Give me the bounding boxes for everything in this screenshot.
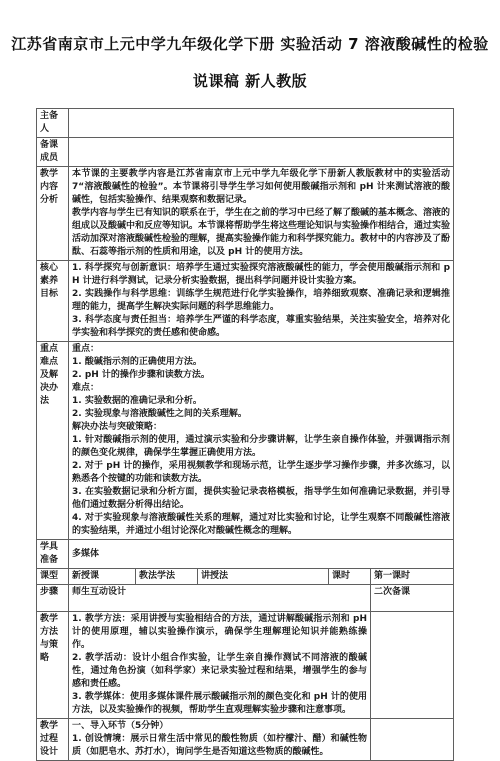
process-line: 1. 创设情境：展示日常生活中常见的酸性物质（如柠檬汁、醋）和碱性物质（如肥皂水…	[72, 733, 367, 759]
core-literacy-label: 核心素养目标	[37, 261, 69, 342]
steps-value: 师生互动设计	[69, 585, 371, 612]
preparation-label: 学具准备	[37, 540, 69, 569]
key-points-line: 3. 在实验数据记录和分析方面，提供实验记录表格模板，指导学生如何准确记录数据，…	[72, 486, 450, 512]
row-core-literacy: 核心素养目标 1. 科学探究与创新意识：培养学生通过实验探究溶液酸碱性的能力，学…	[37, 261, 454, 342]
row-strategy: 教学方法与策略 1. 教学方法：采用讲授与实验相结合的方法，通过讲解酸碱指示剂和…	[37, 612, 454, 719]
key-points-line: 解决办法与突破策略：	[72, 421, 450, 434]
core-literacy-item: 1. 科学探究与创新意识：培养学生通过实验探究溶液酸碱性的能力，学会使用酸碱指示…	[72, 262, 450, 288]
row-master: 主备人	[37, 109, 454, 138]
strategy-value: 1. 教学方法：采用讲授与实验相结合的方法，通过讲解酸碱指示剂和 pH 计的使用…	[69, 612, 371, 719]
key-points-value: 重点： 1. 酸碱指示剂的正确使用方法。 2. pH 计的操作步骤和读数方法。 …	[69, 342, 454, 540]
key-points-line: 2. 对于 pH 计的操作，采用视频教学和现场示范，让学生逐步学习操作步骤，并多…	[72, 460, 450, 486]
second-prep-note: 二次备课	[371, 585, 454, 612]
content-analysis-paragraph: 教学内容与学生已有知识的联系在于，学生在之前的学习中已经了解了酸碱的基本概念、溶…	[72, 207, 450, 259]
strategy-second-prep-cell	[371, 612, 454, 719]
content-analysis-value: 本节课的主要教学内容是江苏省南京市上元中学九年级化学下册新人教版教材中的实验活动…	[69, 167, 454, 261]
key-points-line: 1. 针对酸碱指示剂的使用，通过演示实验和分步骤讲解，让学生亲自操作体验，并强调…	[72, 434, 450, 460]
key-points-line: 难点：	[72, 382, 450, 395]
content-analysis-label: 教学内容分析	[37, 167, 69, 261]
master-label: 主备人	[37, 109, 69, 138]
course-type-label: 课型	[37, 569, 69, 585]
document-title: 江苏省南京市上元中学九年级化学下册 实验活动 7 溶液酸碱性的检验 说课稿 新人…	[0, 0, 500, 100]
strategy-item: 3. 教学媒体：使用多媒体课件展示酸碱指示剂的颜色变化和 pH 计的使用方法，以…	[72, 691, 367, 717]
steps-label: 步骤	[37, 585, 69, 612]
key-points-line: 2. 实验现象与溶液酸碱性之间的关系理解。	[72, 408, 450, 421]
row-key-points: 重点难点及解决办法 重点： 1. 酸碱指示剂的正确使用方法。 2. pH 计的操…	[37, 342, 454, 540]
process-line: 一、导入环节（5分钟）	[72, 720, 367, 733]
strategy-item: 1. 教学方法：采用讲授与实验相结合的方法，通过讲解酸碱指示剂和 pH 计的使用…	[72, 613, 367, 652]
row-preparation: 学具准备 多媒体	[37, 540, 454, 569]
document-title-line1: 江苏省南京市上元中学九年级化学下册 实验活动 7 溶液酸碱性的检验	[0, 26, 500, 63]
key-points-line: 1. 酸碱指示剂的正确使用方法。	[72, 356, 450, 369]
row-content-analysis: 教学内容分析 本节课的主要教学内容是江苏省南京市上元中学九年级化学下册新人教版教…	[37, 167, 454, 261]
key-points-line: 1. 实验数据的准确记录和分析。	[72, 395, 450, 408]
course-type-value: 新授课	[69, 569, 136, 585]
key-points-line: 2. pH 计的操作步骤和读数方法。	[72, 369, 450, 382]
teaching-method-value: 讲授法	[198, 569, 329, 585]
key-points-line: 4. 对于实验现象与溶液酸碱性关系的理解，通过对比实验和讨论，让学生观察不同酸碱…	[72, 512, 450, 538]
process-label: 教学过程设计	[37, 719, 69, 761]
period-value: 第一课时	[371, 569, 454, 585]
key-points-label: 重点难点及解决办法	[37, 342, 69, 540]
lesson-plan-table: 主备人 备课成员 教学内容分析 本节课的主要教学内容是江苏省南京市上元中学九年级…	[36, 108, 454, 761]
preparation-value: 多媒体	[69, 540, 454, 569]
master-value	[69, 109, 454, 138]
strategy-label: 教学方法与策略	[37, 612, 69, 719]
strategy-item: 2. 教学活动：设计小组合作实验，让学生亲自操作测试不同溶液的酸碱性，通过角色扮…	[72, 652, 367, 691]
members-value	[69, 138, 454, 167]
content-analysis-paragraph: 本节课的主要教学内容是江苏省南京市上元中学九年级化学下册新人教版教材中的实验活动…	[72, 168, 450, 207]
row-process: 教学过程设计 一、导入环节（5分钟） 1. 创设情境：展示日常生活中常见的酸性物…	[37, 719, 454, 761]
process-value: 一、导入环节（5分钟） 1. 创设情境：展示日常生活中常见的酸性物质（如柠檬汁、…	[69, 719, 371, 761]
members-label: 备课成员	[37, 138, 69, 167]
teaching-method-label: 教法学法	[136, 569, 198, 585]
row-steps: 步骤 师生互动设计 二次备课	[37, 585, 454, 612]
document-title-line2: 说课稿 新人教版	[0, 63, 500, 100]
process-second-prep-cell	[371, 719, 454, 761]
row-members: 备课成员	[37, 138, 454, 167]
core-literacy-value: 1. 科学探究与创新意识：培养学生通过实验探究溶液酸碱性的能力，学会使用酸碱指示…	[69, 261, 454, 342]
period-label: 课时	[329, 569, 371, 585]
row-course-type: 课型 新授课 教法学法 讲授法 课时 第一课时	[37, 569, 454, 585]
key-points-line: 重点：	[72, 343, 450, 356]
core-literacy-item: 2. 实践操作与科学思维：训练学生规范进行化学实验操作，培养细致观察、准确记录和…	[72, 288, 450, 314]
core-literacy-item: 3. 科学态度与责任担当：培养学生严谨的科学态度，尊重实验结果，关注实验安全，培…	[72, 314, 450, 340]
